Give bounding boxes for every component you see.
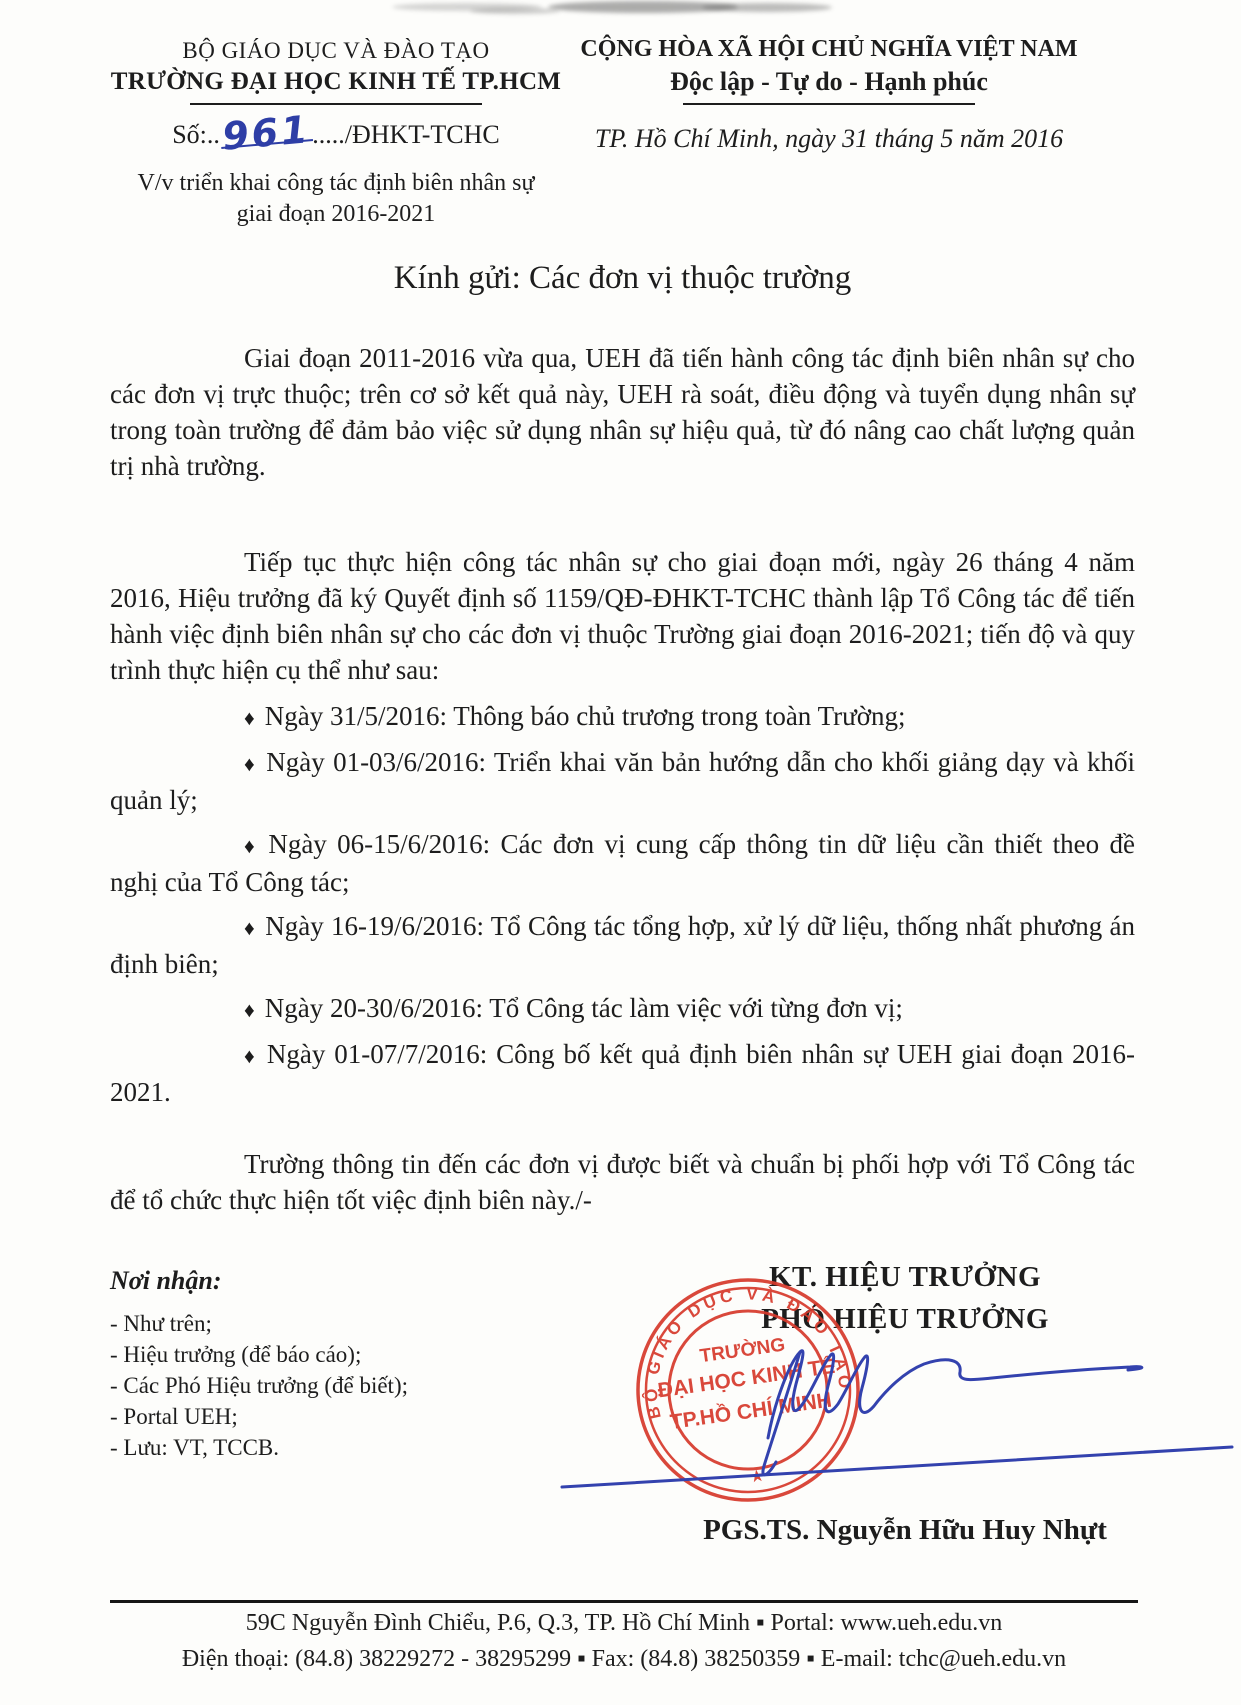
diamond-bullet-icon: ♦: [244, 752, 266, 776]
recipient-item: - Lưu: VT, TCCB.: [110, 1432, 540, 1463]
bullet-text: Ngày 20-30/6/2016: Tổ Công tác làm việc …: [265, 993, 903, 1023]
place-date-line: TP. Hồ Chí Minh, ngày 31 tháng 5 năm 201…: [578, 124, 1080, 154]
national-header: CỘNG HÒA XÃ HỘI CHỦ NGHĨA VIỆT NAM Độc l…: [578, 34, 1080, 105]
bullet-item: ♦Ngày 01-03/6/2016: Triển khai văn bản h…: [110, 744, 1135, 818]
diamond-bullet-icon: ♦: [244, 916, 265, 940]
stamp-star-icon: ★: [748, 1466, 766, 1487]
handwritten-number: 961: [219, 119, 313, 149]
motto-underline: [683, 103, 975, 105]
scan-artifact: [702, 3, 832, 12]
national-motto: Độc lập - Tự do - Hạnh phúc: [578, 65, 1080, 98]
recipient-item: - Như trên;: [110, 1308, 540, 1339]
footer-separator: [110, 1600, 1138, 1603]
diamond-bullet-icon: ♦: [244, 1044, 267, 1068]
national-name: CỘNG HÒA XÃ HỘI CHỦ NGHĨA VIỆT NAM: [578, 34, 1080, 65]
ministry-name: BỘ GIÁO DỤC VÀ ĐÀO TẠO: [110, 36, 562, 66]
body-paragraph-2: Tiếp tục thực hiện công tác nhân sự cho …: [110, 544, 1135, 688]
recipient-item: - Hiệu trưởng (để báo cáo);: [110, 1339, 540, 1370]
bullet-item: ♦Ngày 20-30/6/2016: Tổ Công tác làm việc…: [110, 990, 1135, 1028]
subject-block: V/v triển khai công tác định biên nhân s…: [96, 168, 576, 230]
footer-contact: Điện thoại: (84.8) 38229272 - 38295299 ▪…: [110, 1644, 1138, 1675]
footer-address: 59C Nguyễn Đình Chiểu, P.6, Q.3, TP. Hồ …: [110, 1608, 1138, 1639]
footer: 59C Nguyễn Đình Chiểu, P.6, Q.3, TP. Hồ …: [110, 1600, 1138, 1675]
bullet-item: ♦Ngày 06-15/6/2016: Các đơn vị cung cấp …: [110, 826, 1135, 900]
bullet-item: ♦Ngày 01-07/7/2016: Công bố kết quả định…: [110, 1036, 1135, 1110]
scan-artifact: [470, 8, 560, 14]
recipient-item: - Portal UEH;: [110, 1401, 540, 1432]
diamond-bullet-icon: ♦: [244, 998, 265, 1022]
bullet-item: ♦Ngày 31/5/2016: Thông báo chủ trương tr…: [110, 698, 1135, 736]
issuer-underline: [190, 103, 482, 105]
scanned-official-letter: BỘ GIÁO DỤC VÀ ĐÀO TẠO TRƯỜNG ĐẠI HỌC KI…: [0, 0, 1241, 1705]
subject-line2: giai đoạn 2016-2021: [96, 199, 576, 230]
closing-paragraph: Trường thông tin đến các đơn vị được biế…: [110, 1146, 1135, 1218]
issuer-header: BỘ GIÁO DỤC VÀ ĐÀO TẠO TRƯỜNG ĐẠI HỌC KI…: [110, 36, 562, 105]
reference-number-line: Số:..961...../ĐHKT-TCHC: [110, 120, 562, 150]
signer-name: PGS.TS. Nguyễn Hữu Huy Nhựt: [640, 1514, 1170, 1547]
bullet-item: ♦Ngày 16-19/6/2016: Tổ Công tác tổng hợp…: [110, 908, 1135, 982]
body-paragraph-1: Giai đoạn 2011-2016 vừa qua, UEH đã tiến…: [110, 340, 1135, 484]
diamond-bullet-icon: ♦: [244, 834, 268, 858]
bullet-text: Ngày 31/5/2016: Thông báo chủ trương tro…: [265, 701, 906, 731]
official-stamp: BỘ GIÁO DỤC VÀ ĐÀO TẠO TRƯỜNG ĐẠI HỌC KI…: [620, 1262, 875, 1517]
ref-suffix: ...../ĐHKT-TCHC: [312, 120, 500, 149]
subject-line1: V/v triển khai công tác định biên nhân s…: [96, 168, 576, 199]
recipients-block: Nơi nhận: - Như trên; - Hiệu trưởng (để …: [110, 1266, 540, 1463]
diamond-bullet-icon: ♦: [244, 706, 265, 730]
recipients-label: Nơi nhận:: [110, 1266, 540, 1296]
salutation: Kính gửi: Các đơn vị thuộc trường: [110, 260, 1135, 297]
university-name: TRƯỜNG ĐẠI HỌC KINH TẾ TP.HCM: [110, 66, 562, 98]
recipient-item: - Các Phó Hiệu trưởng (để biết);: [110, 1370, 540, 1401]
ref-prefix: Số:..: [172, 120, 220, 149]
letter-body: Giai đoạn 2011-2016 vừa qua, UEH đã tiến…: [110, 340, 1135, 1218]
